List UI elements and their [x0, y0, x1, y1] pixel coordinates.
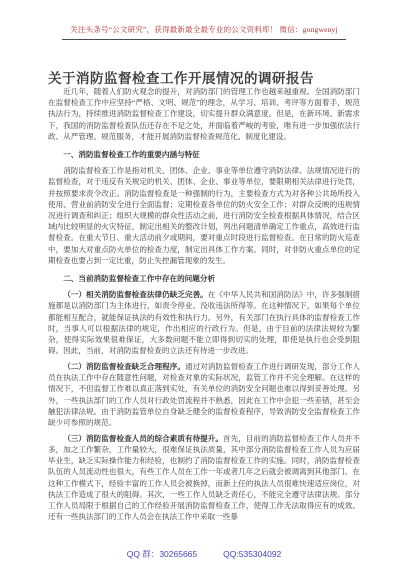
qq-group-label: QQ 群： [127, 549, 160, 559]
section-heading: 一、消防监督检查工作的重要内涵与特征 [48, 149, 360, 160]
section-heading: 二、当前消防监督检查工作中存在的问题分析 [48, 273, 360, 284]
document-body: 近几年，随着人们防火观念的提升，对消防部门的管理工作也越来越重视。全国消防部门在… [48, 86, 360, 527]
paragraph: 近几年，随着人们防火观念的提升，对消防部门的管理工作也越来越重视。全国消防部门在… [48, 86, 360, 142]
paragraph-text: 首先，目前的消防监督检查工作人员并不多，加之工作繁杂，工作量较大，很难保证执法质… [48, 434, 360, 521]
paragraph-text: 近几年，随着人们防火观念的提升，对消防部门的管理工作也越来越重视。全国消防部门在… [48, 87, 360, 141]
paragraph-lead: （二）消防监督检查缺乏合理程序。 [63, 362, 185, 371]
paragraph-text: 消防监督检查工作是指对机关、团体、企业、事业等单位遵守消防法律、法规情况进行的监… [48, 166, 360, 265]
document-page: 关注头条号“公文研究”，获得最新最全最专业的公文资料库！ 微信：gongweny… [0, 0, 408, 580]
paragraph-lead: （一）相关消防监督检查法律仍缺乏完善。 [63, 290, 208, 299]
qq-group-number: 30265665 [159, 549, 197, 559]
paragraph: （一）相关消防监督检查法律仍缺乏完善。在《中华人民共和国消防法》中，许多强制措施… [48, 289, 360, 356]
paragraph-text: 在《中华人民共和国消防法》中，许多强制措施都是以消防部门为主体进行，如责令停业、… [48, 290, 360, 355]
qq-label: QQ: [223, 549, 239, 559]
paragraph-text: 通过对消防监督检查工作进行调研发现，部分工作人员在执法工作中存在随意性问题，对检… [48, 362, 360, 427]
qq-contact: QQ:535304092 [223, 549, 281, 559]
promo-header: 关注头条号“公文研究”，获得最新最全最专业的公文资料库！ 微信：gongweny… [62, 24, 346, 40]
qq-group-contact: QQ 群：30265665 [127, 549, 197, 559]
paragraph: （二）消防监督检查缺乏合理程序。通过对消防监督检查工作进行调研发现，部分工作人员… [48, 361, 360, 428]
page-footer: QQ 群：30265665QQ:535304092 [0, 548, 408, 560]
paragraph: 消防监督检查工作是指对机关、团体、企业、事业等单位遵守消防法律、法规情况进行的监… [48, 165, 360, 266]
qq-number: 535304092 [239, 549, 282, 559]
document-title: 关于消防监督检查工作开展情况的调研报告 [48, 67, 368, 87]
paragraph-lead: （三）消防监督检查人员的综合素质有待提升。 [63, 434, 223, 443]
paragraph: （三）消防监督检查人员的综合素质有待提升。首先，目前的消防监督检查工作人员并不多… [48, 433, 360, 523]
